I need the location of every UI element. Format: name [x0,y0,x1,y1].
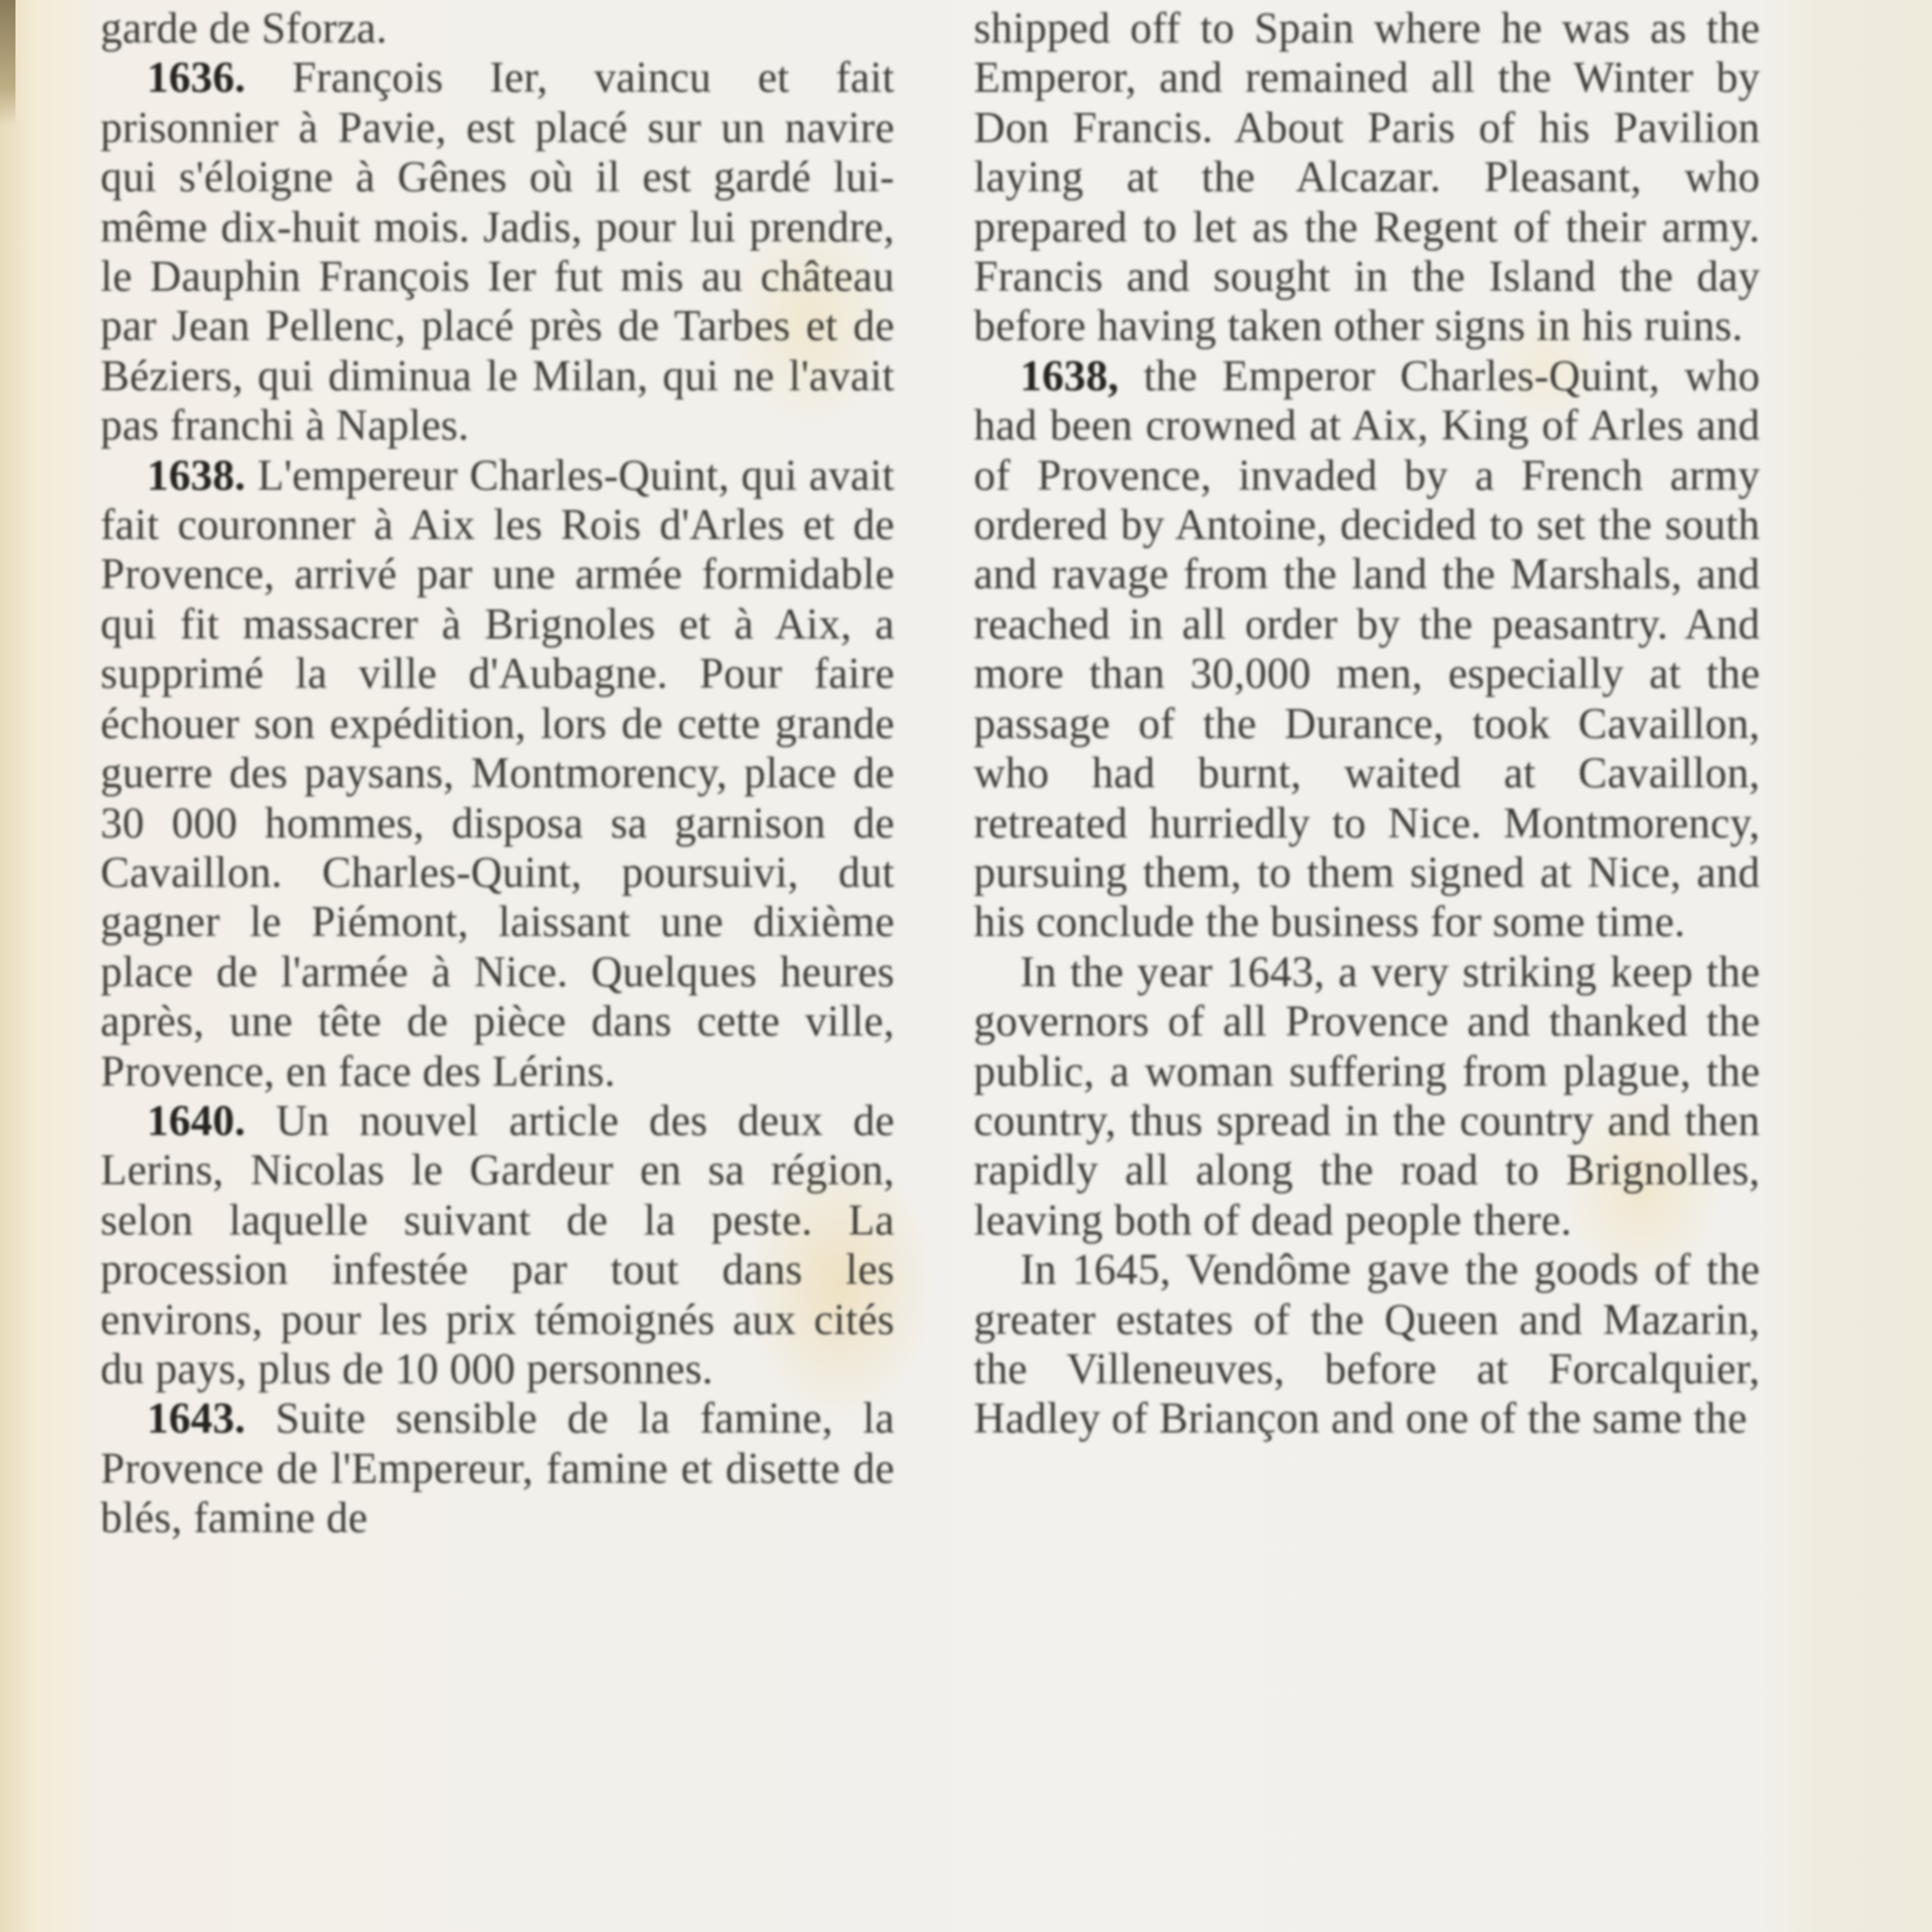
paragraph-text: garde de Sforza. [100,4,387,52]
paragraph-text: In 1645, Vendôme gave the goods of the g… [974,1245,1760,1442]
year-marker: 1643. [147,1394,245,1442]
paragraph-text: L'empereur Charles-Quint, qui avait fait… [100,451,895,1095]
paragraph: 1638, the Emperor Charles-Quint, who had… [974,352,1760,948]
scanned-page: garde de Sforza. 1636. François Ier, vai… [0,0,1932,1932]
year-marker: 1638. [147,451,245,499]
paragraph-text: François Ier, vaincu et fait prisonnier … [100,53,895,449]
paragraph-text: In the year 1643, a very striking keep t… [974,948,1760,1244]
paragraph: 1643. Suite sensible de la famine, la Pr… [100,1394,895,1543]
paragraph: 1636. François Ier, vaincu et fait priso… [100,53,895,450]
paragraph: shipped off to Spain where he was as the… [974,4,1760,352]
year-marker: 1638, [1020,352,1119,400]
french-text-column: garde de Sforza. 1636. François Ier, vai… [100,4,895,1544]
paragraph: 1640. Un nouvel article des deux de Leri… [100,1096,895,1394]
paragraph-text: shipped off to Spain where he was as the… [974,4,1760,350]
paragraph-text: the Emperor Charles-Quint, who had been … [974,352,1760,946]
year-marker: 1640. [147,1096,245,1145]
paragraph: 1638. L'empereur Charles-Quint, qui avai… [100,451,895,1096]
paragraph: garde de Sforza. [100,4,895,53]
book-binding-gutter [0,0,15,126]
paragraph: In 1645, Vendôme gave the goods of the g… [974,1245,1760,1444]
paragraph: In the year 1643, a very striking keep t… [974,948,1760,1245]
year-marker: 1636. [147,53,245,101]
english-text-column: shipped off to Spain where he was as the… [974,4,1760,1444]
